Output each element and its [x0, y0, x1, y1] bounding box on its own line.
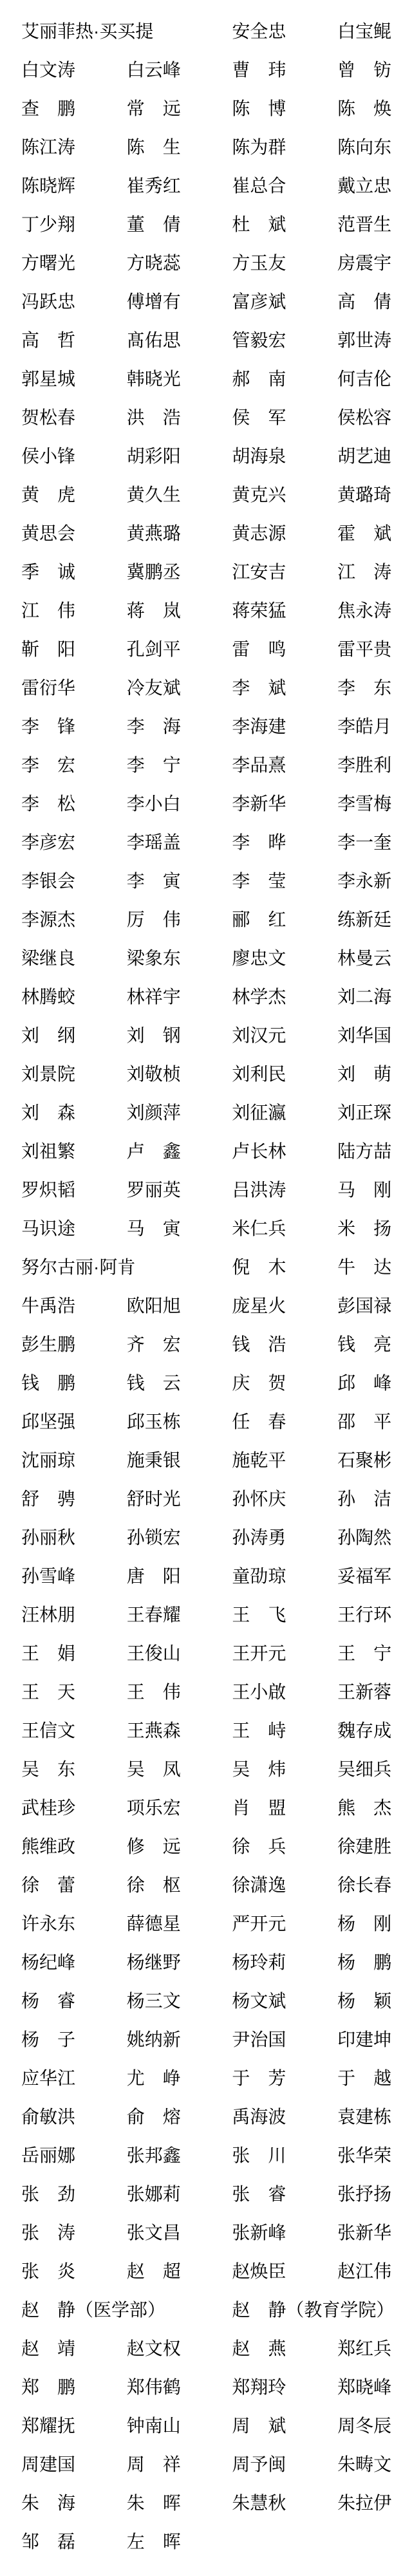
person-name: 李瑶盖: [127, 823, 232, 862]
person-name: 刘 萌: [337, 1055, 412, 1094]
person-name: 孙陶然: [337, 1518, 412, 1557]
person-name: 吴 炜: [232, 1750, 337, 1789]
person-name: 石聚彬: [337, 1441, 412, 1480]
person-name: 雷 鸣: [232, 630, 337, 669]
person-name: 赵 静（教育学院）: [232, 2291, 412, 2329]
person-name: 郑翔玲: [232, 2368, 337, 2407]
person-name: 富彦斌: [232, 283, 337, 321]
person-name: 洪 浩: [127, 398, 232, 437]
person-name: 卢 鑫: [127, 1132, 232, 1171]
person-name: 杨文斌: [232, 1982, 337, 2021]
person-name: 张 睿: [232, 2175, 337, 2214]
person-name: 冷友斌: [127, 669, 232, 707]
person-name: 邵 平: [337, 1403, 412, 1441]
person-name: 肖 盟: [232, 1789, 337, 1827]
person-name: 胡彩阳: [127, 437, 232, 476]
person-name: 李 莹: [232, 862, 337, 901]
person-name: 庞星火: [232, 1287, 337, 1325]
person-name: 陈 生: [127, 128, 232, 167]
person-name: 郑 鹏: [21, 2368, 127, 2407]
person-name: 林祥宇: [127, 978, 232, 1016]
person-name: 王小啟: [232, 1673, 337, 1712]
person-name: 何吉伦: [337, 360, 412, 398]
person-name: 邱玉栋: [127, 1403, 232, 1441]
person-name: 左 晖: [127, 2523, 232, 2561]
person-name: 熊维政: [21, 1827, 127, 1866]
person-name: 郦 红: [232, 901, 337, 939]
person-name: 黄璐琦: [337, 476, 412, 514]
person-name: 牛禹浩: [21, 1287, 127, 1325]
person-name: 高 倩: [337, 283, 412, 321]
person-name: 杨 颖: [337, 1982, 412, 2021]
person-name: 韩晓光: [127, 360, 232, 398]
person-name: 俞敏洪: [21, 2098, 127, 2136]
person-name: 林曼云: [337, 939, 412, 978]
person-name: 李新华: [232, 785, 337, 823]
person-name: 张 劲: [21, 2175, 127, 2214]
person-name: 欧阳旭: [127, 1287, 232, 1325]
person-name: 蒋荣猛: [232, 592, 337, 630]
person-name: 侯松容: [337, 398, 412, 437]
person-name: 贺松春: [21, 398, 127, 437]
person-name: 钟南山: [127, 2407, 232, 2445]
person-name: 赵文权: [127, 2329, 232, 2368]
person-name: 梁象东: [127, 939, 232, 978]
person-name: 刘华国: [337, 1016, 412, 1055]
person-name: 李小白: [127, 785, 232, 823]
person-name: 邹 磊: [21, 2523, 127, 2561]
person-name: 朱畴文: [337, 2445, 412, 2484]
person-name: 刘征瀛: [232, 1094, 337, 1132]
person-name: 江 涛: [337, 553, 412, 592]
person-name: 沈丽琼: [21, 1441, 127, 1480]
person-name: 侯小锋: [21, 437, 127, 476]
person-name: 郝 南: [232, 360, 337, 398]
person-name: 方晓蕊: [127, 244, 232, 283]
person-name: 房震宇: [337, 244, 412, 283]
person-name: 傅增有: [127, 283, 232, 321]
person-name: 朱 海: [21, 2484, 127, 2523]
person-name: 黄志源: [232, 514, 337, 553]
person-name: 黄久生: [127, 476, 232, 514]
person-name: 王 天: [21, 1673, 127, 1712]
person-name: 刘二海: [337, 978, 412, 1016]
person-name: 刘正琛: [337, 1094, 412, 1132]
person-name: 侯 军: [232, 398, 337, 437]
person-name: 吴细兵: [337, 1750, 412, 1789]
person-name: 霍 斌: [337, 514, 412, 553]
person-name: 杨三文: [127, 1982, 232, 2021]
person-name: 杨 刚: [337, 1905, 412, 1943]
person-name: 李 斌: [232, 669, 337, 707]
person-name: 魏存成: [337, 1712, 412, 1750]
person-name: 刘汉元: [232, 1016, 337, 1055]
person-name: 杨继野: [127, 1943, 232, 1982]
person-name: 蒋 岚: [127, 592, 232, 630]
person-name: 杨 子: [21, 2021, 127, 2059]
person-name: 杨 鹏: [337, 1943, 412, 1982]
person-name: 印建坤: [337, 2021, 412, 2059]
person-name: 武桂珍: [21, 1789, 127, 1827]
person-name: 张新峰: [232, 2214, 337, 2252]
person-name: 练新廷: [337, 901, 412, 939]
person-name: 方玉友: [232, 244, 337, 283]
person-name: 季 诚: [21, 553, 127, 592]
person-name: 王 伟: [127, 1673, 232, 1712]
person-name: 施乾平: [232, 1441, 337, 1480]
person-name: 陈向东: [337, 128, 412, 167]
person-name: 马 寅: [127, 1209, 232, 1248]
person-name: 陈晓辉: [21, 167, 127, 205]
person-name: 张抒扬: [337, 2175, 412, 2214]
name-list-page: 艾丽菲热·买买提安全忠白宝鲲白文涛白云峰曹 玮曾 钫查 鹏常 远陈 博陈 焕陈江…: [0, 0, 412, 2576]
person-name: 倪 木: [232, 1248, 337, 1287]
person-name: 杜 斌: [232, 205, 337, 244]
person-name: 白文涛: [21, 51, 127, 89]
person-name: 郭星城: [21, 360, 127, 398]
person-name: 林腾蛟: [21, 978, 127, 1016]
person-name: 孙雪峰: [21, 1557, 127, 1596]
person-name: 安全忠: [232, 12, 337, 51]
person-name: 郑晓峰: [337, 2368, 412, 2407]
person-name: 管毅宏: [232, 321, 337, 360]
person-name: 卢长林: [232, 1132, 337, 1171]
person-name: 方曙光: [21, 244, 127, 283]
person-name: 陆方喆: [337, 1132, 412, 1171]
person-name: 刘敬桢: [127, 1055, 232, 1094]
person-name: 曹 玮: [232, 51, 337, 89]
person-name: 薛德星: [127, 1905, 232, 1943]
person-name: 周 祥: [127, 2445, 232, 2484]
person-name: 戴立忠: [337, 167, 412, 205]
person-name: 李彦宏: [21, 823, 127, 862]
person-name: 钱 鹏: [21, 1364, 127, 1403]
person-name: 王春耀: [127, 1596, 232, 1634]
person-name: 马识途: [21, 1209, 127, 1248]
person-name: 赵 燕: [232, 2329, 337, 2368]
person-name: 李皓月: [337, 707, 412, 746]
person-name: 彭生鹏: [21, 1325, 127, 1364]
person-name: 童劭琼: [232, 1557, 337, 1596]
person-name: 李品熹: [232, 746, 337, 785]
person-name: 陈 焕: [337, 89, 412, 128]
person-name: 刘祖繁: [21, 1132, 127, 1171]
person-name: 丁少翔: [21, 205, 127, 244]
person-name: 郑伟鹤: [127, 2368, 232, 2407]
person-name: 彭国禄: [337, 1287, 412, 1325]
name-grid: 艾丽菲热·买买提安全忠白宝鲲白文涛白云峰曹 玮曾 钫查 鹏常 远陈 博陈 焕陈江…: [0, 0, 412, 2561]
person-name: 孙 洁: [337, 1480, 412, 1518]
person-name: 张文昌: [127, 2214, 232, 2252]
person-name: 赵焕臣: [232, 2252, 337, 2291]
person-name: 冀鹏丞: [127, 553, 232, 592]
person-name: 李一奎: [337, 823, 412, 862]
person-name: 唐 阳: [127, 1557, 232, 1596]
person-name: 常 远: [127, 89, 232, 128]
person-name: 孔剑平: [127, 630, 232, 669]
person-name: 黄思会: [21, 514, 127, 553]
person-name: 刘颜萍: [127, 1094, 232, 1132]
person-name: 庆 贺: [232, 1364, 337, 1403]
person-name: 钱 浩: [232, 1325, 337, 1364]
person-name: 郑耀抚: [21, 2407, 127, 2445]
person-name: 高 哲: [21, 321, 127, 360]
person-name: 曾 钫: [337, 51, 412, 89]
person-name: 江安吉: [232, 553, 337, 592]
person-name: 周 斌: [232, 2407, 337, 2445]
person-name: 廖忠文: [232, 939, 337, 978]
person-name: 徐 兵: [232, 1827, 337, 1866]
person-name: 赵 靖: [21, 2329, 127, 2368]
person-name: 努尔古丽·阿肯: [21, 1248, 232, 1287]
person-name: 张娜莉: [127, 2175, 232, 2214]
person-name: 邱 峰: [337, 1364, 412, 1403]
person-name: 任 春: [232, 1403, 337, 1441]
person-name: 周予闽: [232, 2445, 337, 2484]
person-name: 陈江涛: [21, 128, 127, 167]
person-name: 熊 杰: [337, 1789, 412, 1827]
person-name: 舒 骋: [21, 1480, 127, 1518]
person-name: 孙锁宏: [127, 1518, 232, 1557]
person-name: 白宝鲲: [337, 12, 412, 51]
person-name: 林学杰: [232, 978, 337, 1016]
person-name: 刘 森: [21, 1094, 127, 1132]
person-name: 尹治国: [232, 2021, 337, 2059]
person-name: 雷衍华: [21, 669, 127, 707]
person-name: 白云峰: [127, 51, 232, 89]
person-name: 黄燕璐: [127, 514, 232, 553]
person-name: 杨纪峰: [21, 1943, 127, 1982]
person-name: 赵 超: [127, 2252, 232, 2291]
person-name: 张 川: [232, 2136, 337, 2175]
person-name: 崔秀红: [127, 167, 232, 205]
person-name: 胡艺迪: [337, 437, 412, 476]
person-name: 米 扬: [337, 1209, 412, 1248]
person-name: 孙丽秋: [21, 1518, 127, 1557]
person-name: 赵 静（医学部）: [21, 2291, 232, 2329]
person-name: 王信文: [21, 1712, 127, 1750]
person-name: 修 远: [127, 1827, 232, 1866]
person-name: 罗丽英: [127, 1171, 232, 1209]
person-name: 李 松: [21, 785, 127, 823]
person-name: 王 飞: [232, 1596, 337, 1634]
person-name: 王燕森: [127, 1712, 232, 1750]
person-name: 范晋生: [337, 205, 412, 244]
person-name: 邱坚强: [21, 1403, 127, 1441]
person-name: 李源杰: [21, 901, 127, 939]
person-name: 赵江伟: [337, 2252, 412, 2291]
person-name: 吕洪涛: [232, 1171, 337, 1209]
person-name: 厉 伟: [127, 901, 232, 939]
person-name: 张 炎: [21, 2252, 127, 2291]
person-name: 孙涛勇: [232, 1518, 337, 1557]
person-name: 严开元: [232, 1905, 337, 1943]
person-name: 郑红兵: [337, 2329, 412, 2368]
person-name: 李 东: [337, 669, 412, 707]
person-name: 李 锋: [21, 707, 127, 746]
person-name: 李 寅: [127, 862, 232, 901]
person-name: 徐 枢: [127, 1866, 232, 1905]
person-name: 刘利民: [232, 1055, 337, 1094]
person-name: 李永新: [337, 862, 412, 901]
person-name: 杨 睿: [21, 1982, 127, 2021]
person-name: 吴 凤: [127, 1750, 232, 1789]
person-name: 项乐宏: [127, 1789, 232, 1827]
person-name: 禹海波: [232, 2098, 337, 2136]
person-name: 周建国: [21, 2445, 127, 2484]
person-name: 徐建胜: [337, 1827, 412, 1866]
person-name: 张华荣: [337, 2136, 412, 2175]
person-name: 崔总合: [232, 167, 337, 205]
person-name: 王 娟: [21, 1634, 127, 1673]
person-name: 刘 钢: [127, 1016, 232, 1055]
person-name: 徐 蕾: [21, 1866, 127, 1905]
person-name: 妥福军: [337, 1557, 412, 1596]
person-name: 王开元: [232, 1634, 337, 1673]
person-name: 岳丽娜: [21, 2136, 127, 2175]
person-name: 李胜利: [337, 746, 412, 785]
person-name: 胡海泉: [232, 437, 337, 476]
person-name: 李银会: [21, 862, 127, 901]
person-name: 牛 达: [337, 1248, 412, 1287]
person-name: 于 越: [337, 2059, 412, 2098]
person-name: 李雪梅: [337, 785, 412, 823]
person-name: 于 芳: [232, 2059, 337, 2098]
person-name: 罗炽韬: [21, 1171, 127, 1209]
person-name: 李 晔: [232, 823, 337, 862]
person-name: 李 宁: [127, 746, 232, 785]
person-name: 徐潇逸: [232, 1866, 337, 1905]
person-name: 钱 云: [127, 1364, 232, 1403]
person-name: 朱慧秋: [232, 2484, 337, 2523]
person-name: 李 宏: [21, 746, 127, 785]
person-name: 应华江: [21, 2059, 127, 2098]
person-name: 徐长春: [337, 1866, 412, 1905]
person-name: 李海建: [232, 707, 337, 746]
person-name: 舒时光: [127, 1480, 232, 1518]
person-name: 黄克兴: [232, 476, 337, 514]
person-name: 朱 晖: [127, 2484, 232, 2523]
person-name: 王行环: [337, 1596, 412, 1634]
person-name: 靳 阳: [21, 630, 127, 669]
person-name: 艾丽菲热·买买提: [21, 12, 232, 51]
person-name: 许永东: [21, 1905, 127, 1943]
person-name: 张邦鑫: [127, 2136, 232, 2175]
person-name: 王 宁: [337, 1634, 412, 1673]
person-name: 董 倩: [127, 205, 232, 244]
person-name: 郭世涛: [337, 321, 412, 360]
person-name: 马 刚: [337, 1171, 412, 1209]
person-name: 陈 博: [232, 89, 337, 128]
person-name: 袁建栋: [337, 2098, 412, 2136]
person-name: 齐 宏: [127, 1325, 232, 1364]
person-name: 王俊山: [127, 1634, 232, 1673]
person-name: 查 鹏: [21, 89, 127, 128]
person-name: 刘景院: [21, 1055, 127, 1094]
person-name: 陈为群: [232, 128, 337, 167]
person-name: 江 伟: [21, 592, 127, 630]
person-name: 梁继良: [21, 939, 127, 978]
person-name: 张新华: [337, 2214, 412, 2252]
person-name: 刘 纲: [21, 1016, 127, 1055]
person-name: 施秉银: [127, 1441, 232, 1480]
person-name: 吴 东: [21, 1750, 127, 1789]
person-name: 尤 峥: [127, 2059, 232, 2098]
person-name: 俞 熔: [127, 2098, 232, 2136]
person-name: 汪林朋: [21, 1596, 127, 1634]
person-name: 孙怀庆: [232, 1480, 337, 1518]
person-name: 朱拉伊: [337, 2484, 412, 2523]
person-name: 黄 虎: [21, 476, 127, 514]
person-name: 髙佑思: [127, 321, 232, 360]
person-name: 姚纳新: [127, 2021, 232, 2059]
person-name: 张 涛: [21, 2214, 127, 2252]
person-name: 杨玲莉: [232, 1943, 337, 1982]
person-name: 米仁兵: [232, 1209, 337, 1248]
person-name: 雷平贵: [337, 630, 412, 669]
person-name: 李 海: [127, 707, 232, 746]
person-name: 周冬辰: [337, 2407, 412, 2445]
person-name: 王 峙: [232, 1712, 337, 1750]
person-name: 王新蓉: [337, 1673, 412, 1712]
person-name: 焦永涛: [337, 592, 412, 630]
person-name: 冯跃忠: [21, 283, 127, 321]
person-name: 钱 亮: [337, 1325, 412, 1364]
